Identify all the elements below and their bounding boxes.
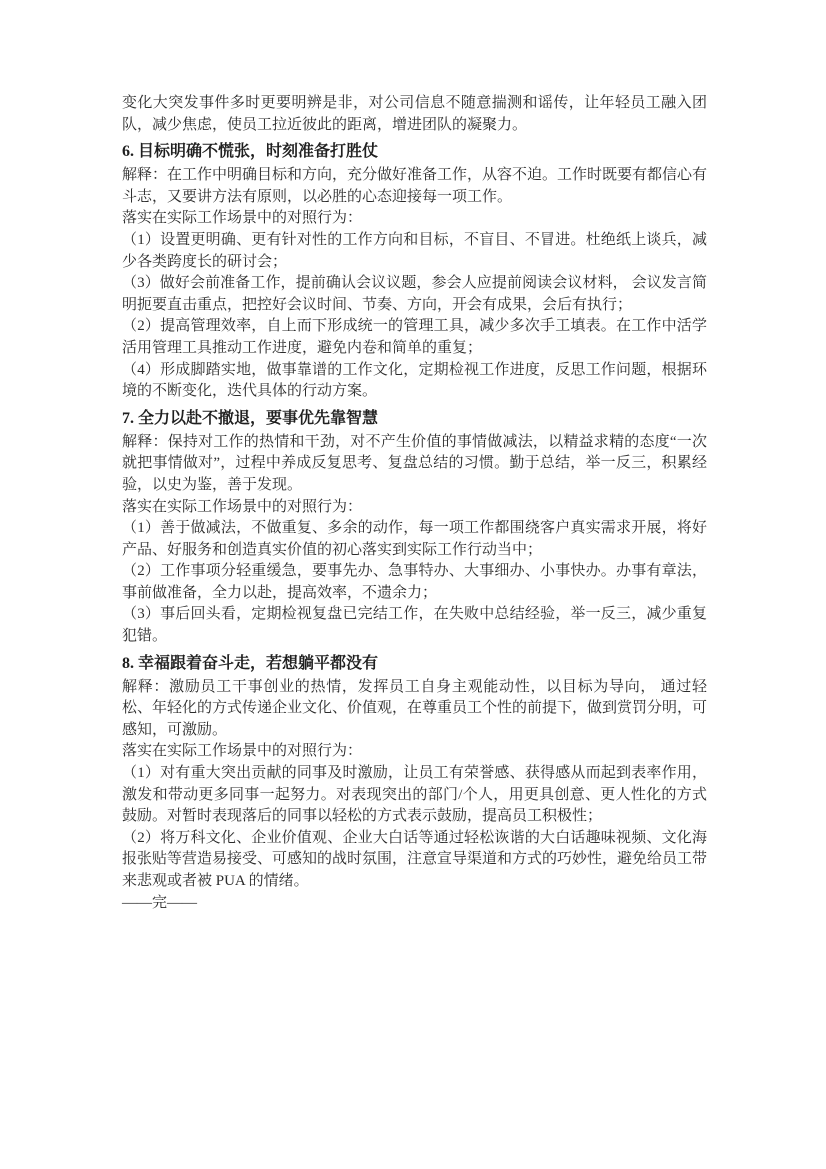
list-item-8-2: （2）将万科文化、企业价值观、企业大白话等通过轻松诙谐的大白话趣味视频、文化海报… (122, 828, 707, 893)
paragraph-explanation-8: 解释：激励员工干事创业的热情，发挥员工自身主观能动性，以目标为导向， 通过轻松、… (122, 677, 707, 742)
end-of-document-mark: ——完—— (122, 893, 707, 915)
paragraph-explanation-6: 解释：在工作中明确目标和方向，充分做好准备工作，从容不迫。工作时既要有都信心有斗… (122, 165, 707, 208)
document-page: 变化大突发事件多时更要明辨是非，对公司信息不随意揣测和谣传，让年轻员工融入团队，… (0, 0, 826, 1169)
paragraph-lead-in-7: 落实在实际工作场景中的对照行为： (122, 497, 707, 519)
paragraph-explanation-7: 解释：保持对工作的热情和干劲，对不产生价值的事情做减法，以精益求精的态度“一次就… (122, 432, 707, 497)
list-item-6-2: （2）提高管理效率，自上而下形成统一的管理工具，减少多次手工填表。在工作中活学活… (122, 316, 707, 359)
list-item-7-3: （3）事后回头看，定期检视复盘已完结工作，在失败中总结经验，举一反三，减少重复犯… (122, 604, 707, 647)
list-item-6-3: （3）做好会前准备工作，提前确认会议议题，参会人应提前阅读会议材料， 会议发言简… (122, 273, 707, 316)
section-heading-6: 6. 目标明确不慌张，时刻准备打胜仗 (122, 141, 707, 163)
list-item-6-4: （4）形成脚踏实地，做事靠谱的工作文化，定期检视工作进度，反思工作问题，根据环境… (122, 360, 707, 403)
paragraph-intro: 变化大突发事件多时更要明辨是非，对公司信息不随意揣测和谣传，让年轻员工融入团队，… (122, 93, 707, 136)
list-item-7-1: （1）善于做减法，不做重复、多余的动作，每一项工作都围绕客户真实需求开展，将好产… (122, 518, 707, 561)
list-item-6-1: （1）设置更明确、更有针对性的工作方向和目标，不盲目、不冒进。杜绝纸上谈兵，减少… (122, 230, 707, 273)
paragraph-lead-in-6: 落实在实际工作场景中的对照行为： (122, 208, 707, 230)
section-heading-7: 7. 全力以赴不撤退，要事优先靠智慧 (122, 408, 707, 430)
list-item-8-1: （1）对有重大突出贡献的同事及时激励，让员工有荣誉感、获得感从而起到表率作用，激… (122, 763, 707, 828)
document-content: 变化大突发事件多时更要明辨是非，对公司信息不随意揣测和谣传，让年轻员工融入团队，… (122, 93, 707, 914)
section-heading-8: 8. 幸福跟着奋斗走，若想躺平都没有 (122, 653, 707, 675)
list-item-7-2: （2）工作事项分轻重缓急，要事先办、急事特办、大事细办、小事快办。办事有章法，事… (122, 561, 707, 604)
paragraph-lead-in-8: 落实在实际工作场景中的对照行为： (122, 741, 707, 763)
